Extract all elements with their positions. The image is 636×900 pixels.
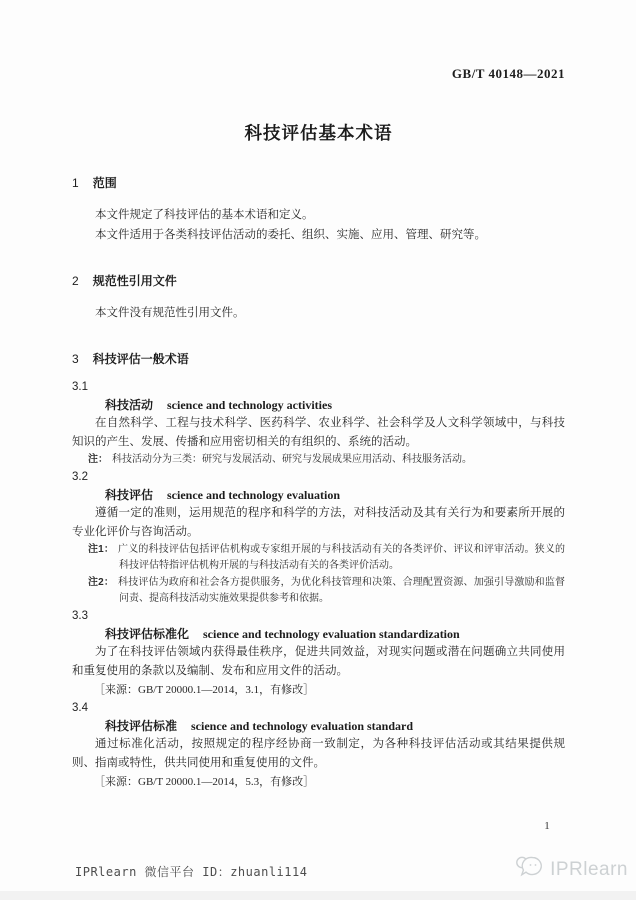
term-clause-number: 3.2 xyxy=(72,469,565,486)
standard-number: GB/T 40148—2021 xyxy=(72,66,565,82)
term-clause-number: 3.4 xyxy=(72,700,565,717)
term-entry: 科技评估标准化science and technology evaluation… xyxy=(72,625,565,643)
note-label: 注1： xyxy=(88,544,114,555)
section-title: 规范性引用文件 xyxy=(93,274,177,288)
term-definition: 在自然科学、工程与技术科学、医药科学、农业科学、社会科学及人文科学领域中，与科技… xyxy=(72,414,565,452)
section-number: 2 xyxy=(72,274,79,288)
term-entry: 科技评估science and technology evaluation xyxy=(72,486,565,504)
term-entry: 科技评估标准science and technology evaluation … xyxy=(72,717,565,735)
terms-list: 3.1 科技活动science and technology activitie… xyxy=(72,379,565,792)
term-definition: 通过标准化活动，按照规定的程序经协商一致制定，为各种科技评估活动或其结果提供规则… xyxy=(72,735,565,773)
term-note: 注：科技活动分为三类：研究与发展活动、研究与发展成果应用活动、科技服务活动。 xyxy=(72,452,565,469)
note-text: 广义的科技评估包括评估机构或专家组开展的与科技活动有关的各类评价、评议和评审活动… xyxy=(118,544,565,572)
term-note: 注2：科技评估为政府和社会各方提供服务，为优化科技管理和决策、合理配置资源、加强… xyxy=(72,575,565,608)
term-note: 注1：广义的科技评估包括评估机构或专家组开展的与科技活动有关的各类评价、评议和评… xyxy=(72,542,565,575)
footer-watermark-text: IPRlearn 微信平台 ID：zhuanli114 xyxy=(75,863,307,880)
bottom-edge-strip xyxy=(0,891,636,900)
term-source-reference: ［来源：GB/T 20000.1—2014，5.3，有修改］ xyxy=(72,773,565,792)
watermark-brand-name: IPRlearn xyxy=(550,859,628,881)
term-clause-number: 3.1 xyxy=(72,379,565,396)
paragraph: 本文件适用于各类科技评估活动的委托、组织、实施、应用、管理、研究等。 xyxy=(72,225,565,245)
brand-watermark: IPRlearn xyxy=(513,853,628,886)
document-page: GB/T 40148—2021 科技评估基本术语 1范围 本文件规定了科技评估的… xyxy=(0,0,636,900)
term-definition: 遵循一定的准则，运用规范的程序和科学的方法，对科技活动及其有关行为和要素所开展的… xyxy=(72,504,565,542)
term-chinese: 科技活动 xyxy=(105,398,153,412)
note-text: 科技活动分为三类：研究与发展活动、研究与发展成果应用活动、科技服务活动。 xyxy=(112,454,472,465)
term-source-reference: ［来源：GB/T 20000.1—2014，3.1，有修改］ xyxy=(72,681,565,700)
section-heading-normative-references: 2规范性引用文件 xyxy=(72,273,565,289)
section-number: 1 xyxy=(72,176,79,190)
note-label: 注： xyxy=(88,454,108,465)
term-english: science and technology evaluation xyxy=(167,488,340,502)
term-definition: 为了在科技评估领域内获得最佳秩序，促进共同效益，对现实问题或潜在问题确立共同使用… xyxy=(72,643,565,681)
note-label: 注2： xyxy=(88,577,114,588)
paragraph: 本文件规定了科技评估的基本术语和定义。 xyxy=(72,205,565,225)
page-number: 1 xyxy=(537,820,557,832)
term-english: science and technology activities xyxy=(167,398,332,412)
term-chinese: 科技评估标准 xyxy=(105,719,177,733)
chat-bubbles-icon xyxy=(513,853,546,886)
term-chinese: 科技评估标准化 xyxy=(105,627,189,641)
section-heading-general-terms: 3科技评估一般术语 xyxy=(72,351,565,367)
section-title: 科技评估一般术语 xyxy=(93,352,189,366)
term-clause-number: 3.3 xyxy=(72,608,565,625)
note-text: 科技评估为政府和社会各方提供服务，为优化科技管理和决策、合理配置资源、加强引导激… xyxy=(118,577,565,605)
term-english: science and technology evaluation standa… xyxy=(191,719,413,733)
section-heading-scope: 1范围 xyxy=(72,175,565,191)
term-english: science and technology evaluation standa… xyxy=(203,627,460,641)
document-title: 科技评估基本术语 xyxy=(72,120,565,145)
term-entry: 科技活动science and technology activities xyxy=(72,396,565,414)
page-content: GB/T 40148—2021 科技评估基本术语 1范围 本文件规定了科技评估的… xyxy=(72,66,565,792)
paragraph: 本文件没有规范性引用文件。 xyxy=(72,303,565,323)
section-title: 范围 xyxy=(93,176,117,190)
section-number: 3 xyxy=(72,352,79,366)
term-chinese: 科技评估 xyxy=(105,488,153,502)
